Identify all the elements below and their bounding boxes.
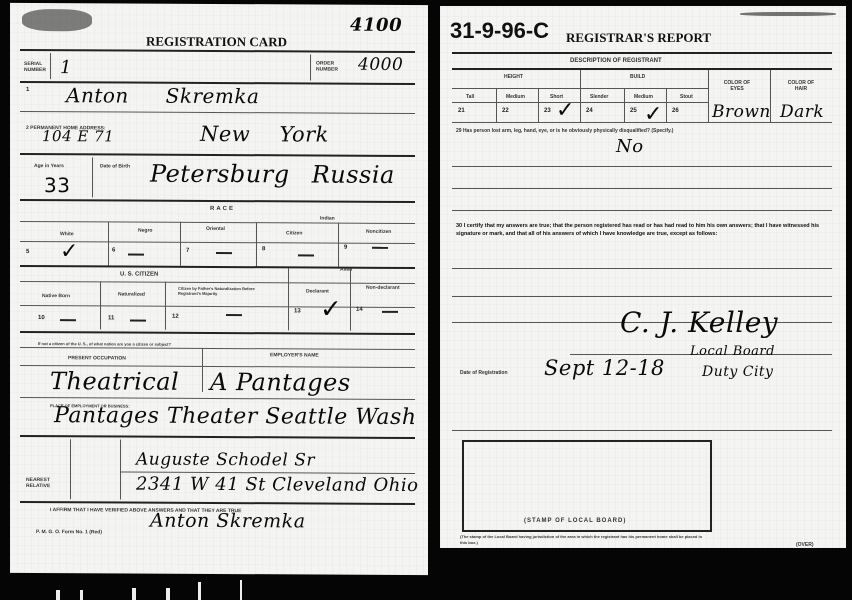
race-col-negro: Negro: [138, 228, 152, 234]
race-white-check: ✓: [60, 239, 78, 264]
stamp-label: (STAMP OF LOCAL BOARD): [524, 518, 626, 524]
citizen-col-father: Citizen by Father's Naturalization Befor…: [178, 286, 278, 297]
citizen-col-naturalized: Naturalized: [118, 291, 145, 297]
indian-heading: Indian: [320, 216, 335, 222]
build-medium-label: Medium: [634, 94, 653, 100]
order-number: 4000: [358, 55, 403, 75]
description-heading: DESCRIPTION OF REGISTRANT: [570, 58, 662, 64]
race-col-oriental: Oriental: [206, 226, 225, 232]
race-heading: RACE: [210, 206, 235, 212]
build-stout-label: Stout: [680, 94, 693, 100]
date-of-registration-label: Date of Registration: [460, 370, 508, 376]
height-medium-label: Medium: [506, 94, 525, 100]
registrars-report-title: REGISTRAR'S REPORT: [566, 30, 711, 46]
relative-name: Auguste Schodel Sr: [136, 450, 315, 471]
height-short-check: ✓: [556, 98, 574, 123]
scan-artifact: [166, 588, 170, 600]
serial-number: 1: [60, 57, 72, 78]
occupation-value: Theatrical: [50, 367, 179, 396]
stamp-note: (The stamp of the Local Board having jur…: [460, 534, 710, 546]
top-number: 4100: [350, 15, 402, 36]
form-number: P. M. G. O. Form No. 1 (Red): [36, 529, 126, 535]
hair-color: Dark: [780, 102, 824, 122]
occupation-label: PRESENT OCCUPATION: [68, 355, 126, 361]
build-slender-label: Slender: [590, 94, 608, 100]
race-col-white: White: [60, 231, 74, 237]
employer-label: EMPLOYER'S NAME: [270, 352, 319, 358]
q29-answer: No: [616, 136, 644, 157]
home-address-number: 104 E 71: [42, 127, 114, 145]
employment-place-value: Pantages Theater Seattle Wash: [54, 403, 417, 430]
registration-card-title: REGISTRATION CARD: [146, 34, 287, 51]
registrar-signature: C. J. Kelley: [620, 306, 778, 339]
declarant-check: ✓: [320, 295, 342, 325]
scan-artifact: [198, 582, 201, 600]
birthplace: Petersburg Russia: [150, 160, 395, 189]
foreign-nation-label: If not a citizen of the U. S., of what n…: [38, 341, 171, 347]
q30-certification: 30 I certify that my answers are true; t…: [456, 222, 828, 238]
relative-address: 2341 W 41 St Cleveland Ohio: [136, 474, 418, 496]
date-of-registration-value: Sept 12-18: [544, 356, 665, 380]
ink-smudge: [22, 9, 92, 31]
registrar-city: Duty City: [702, 364, 773, 380]
age-value: 33: [44, 173, 70, 197]
registrant-signature: Anton Skremka: [150, 510, 306, 533]
citizen-col-nondeclarant: Non-declarant: [366, 285, 406, 291]
scan-artifact: [56, 590, 60, 600]
q29-label: 29 Has person lost arm, leg, hand, eye, …: [456, 128, 826, 135]
build-heading: BUILD: [630, 74, 645, 80]
employer-value: A Pantages: [210, 368, 351, 397]
registrant-name: Anton Skremka: [66, 83, 259, 108]
build-medium-check: ✓: [644, 102, 662, 127]
home-address-city: New York: [200, 122, 329, 147]
race-col-citizen: Citizen: [286, 230, 302, 236]
citizen-col-native: Native Born: [42, 293, 70, 299]
height-tall-label: Tall: [466, 94, 474, 100]
footer-code: (OVER): [796, 542, 814, 548]
age-label: Age in Years: [34, 163, 64, 169]
scan-artifact: [80, 590, 83, 600]
eye-color: Brown: [712, 102, 771, 122]
race-col-noncitizen: Noncitizen: [366, 229, 391, 235]
scan-artifact: [132, 588, 136, 600]
hair-heading: COLOR OF HAIR: [786, 80, 816, 92]
registrar-board: Local Board: [690, 344, 775, 359]
height-heading: HEIGHT: [504, 74, 523, 80]
registration-card: REGISTRATION CARD 4100 SERIAL NUMBER 1 O…: [10, 3, 428, 575]
file-code: 31-9-96-C: [450, 18, 549, 44]
order-number-label: ORDER NUMBER: [316, 61, 344, 73]
registrars-report-card: 31-9-96-C REGISTRAR'S REPORT DESCRIPTION…: [440, 6, 846, 548]
serial-number-label: SERIAL NUMBER: [24, 61, 48, 73]
eyes-heading: COLOR OF EYES: [722, 80, 752, 92]
citizen-heading: U. S. CITIZEN: [120, 271, 158, 277]
nearest-relative-label: NEAREST RELATIVE: [26, 477, 66, 489]
scan-artifact: [240, 580, 242, 600]
birth-label: Date of Birth: [100, 163, 130, 169]
